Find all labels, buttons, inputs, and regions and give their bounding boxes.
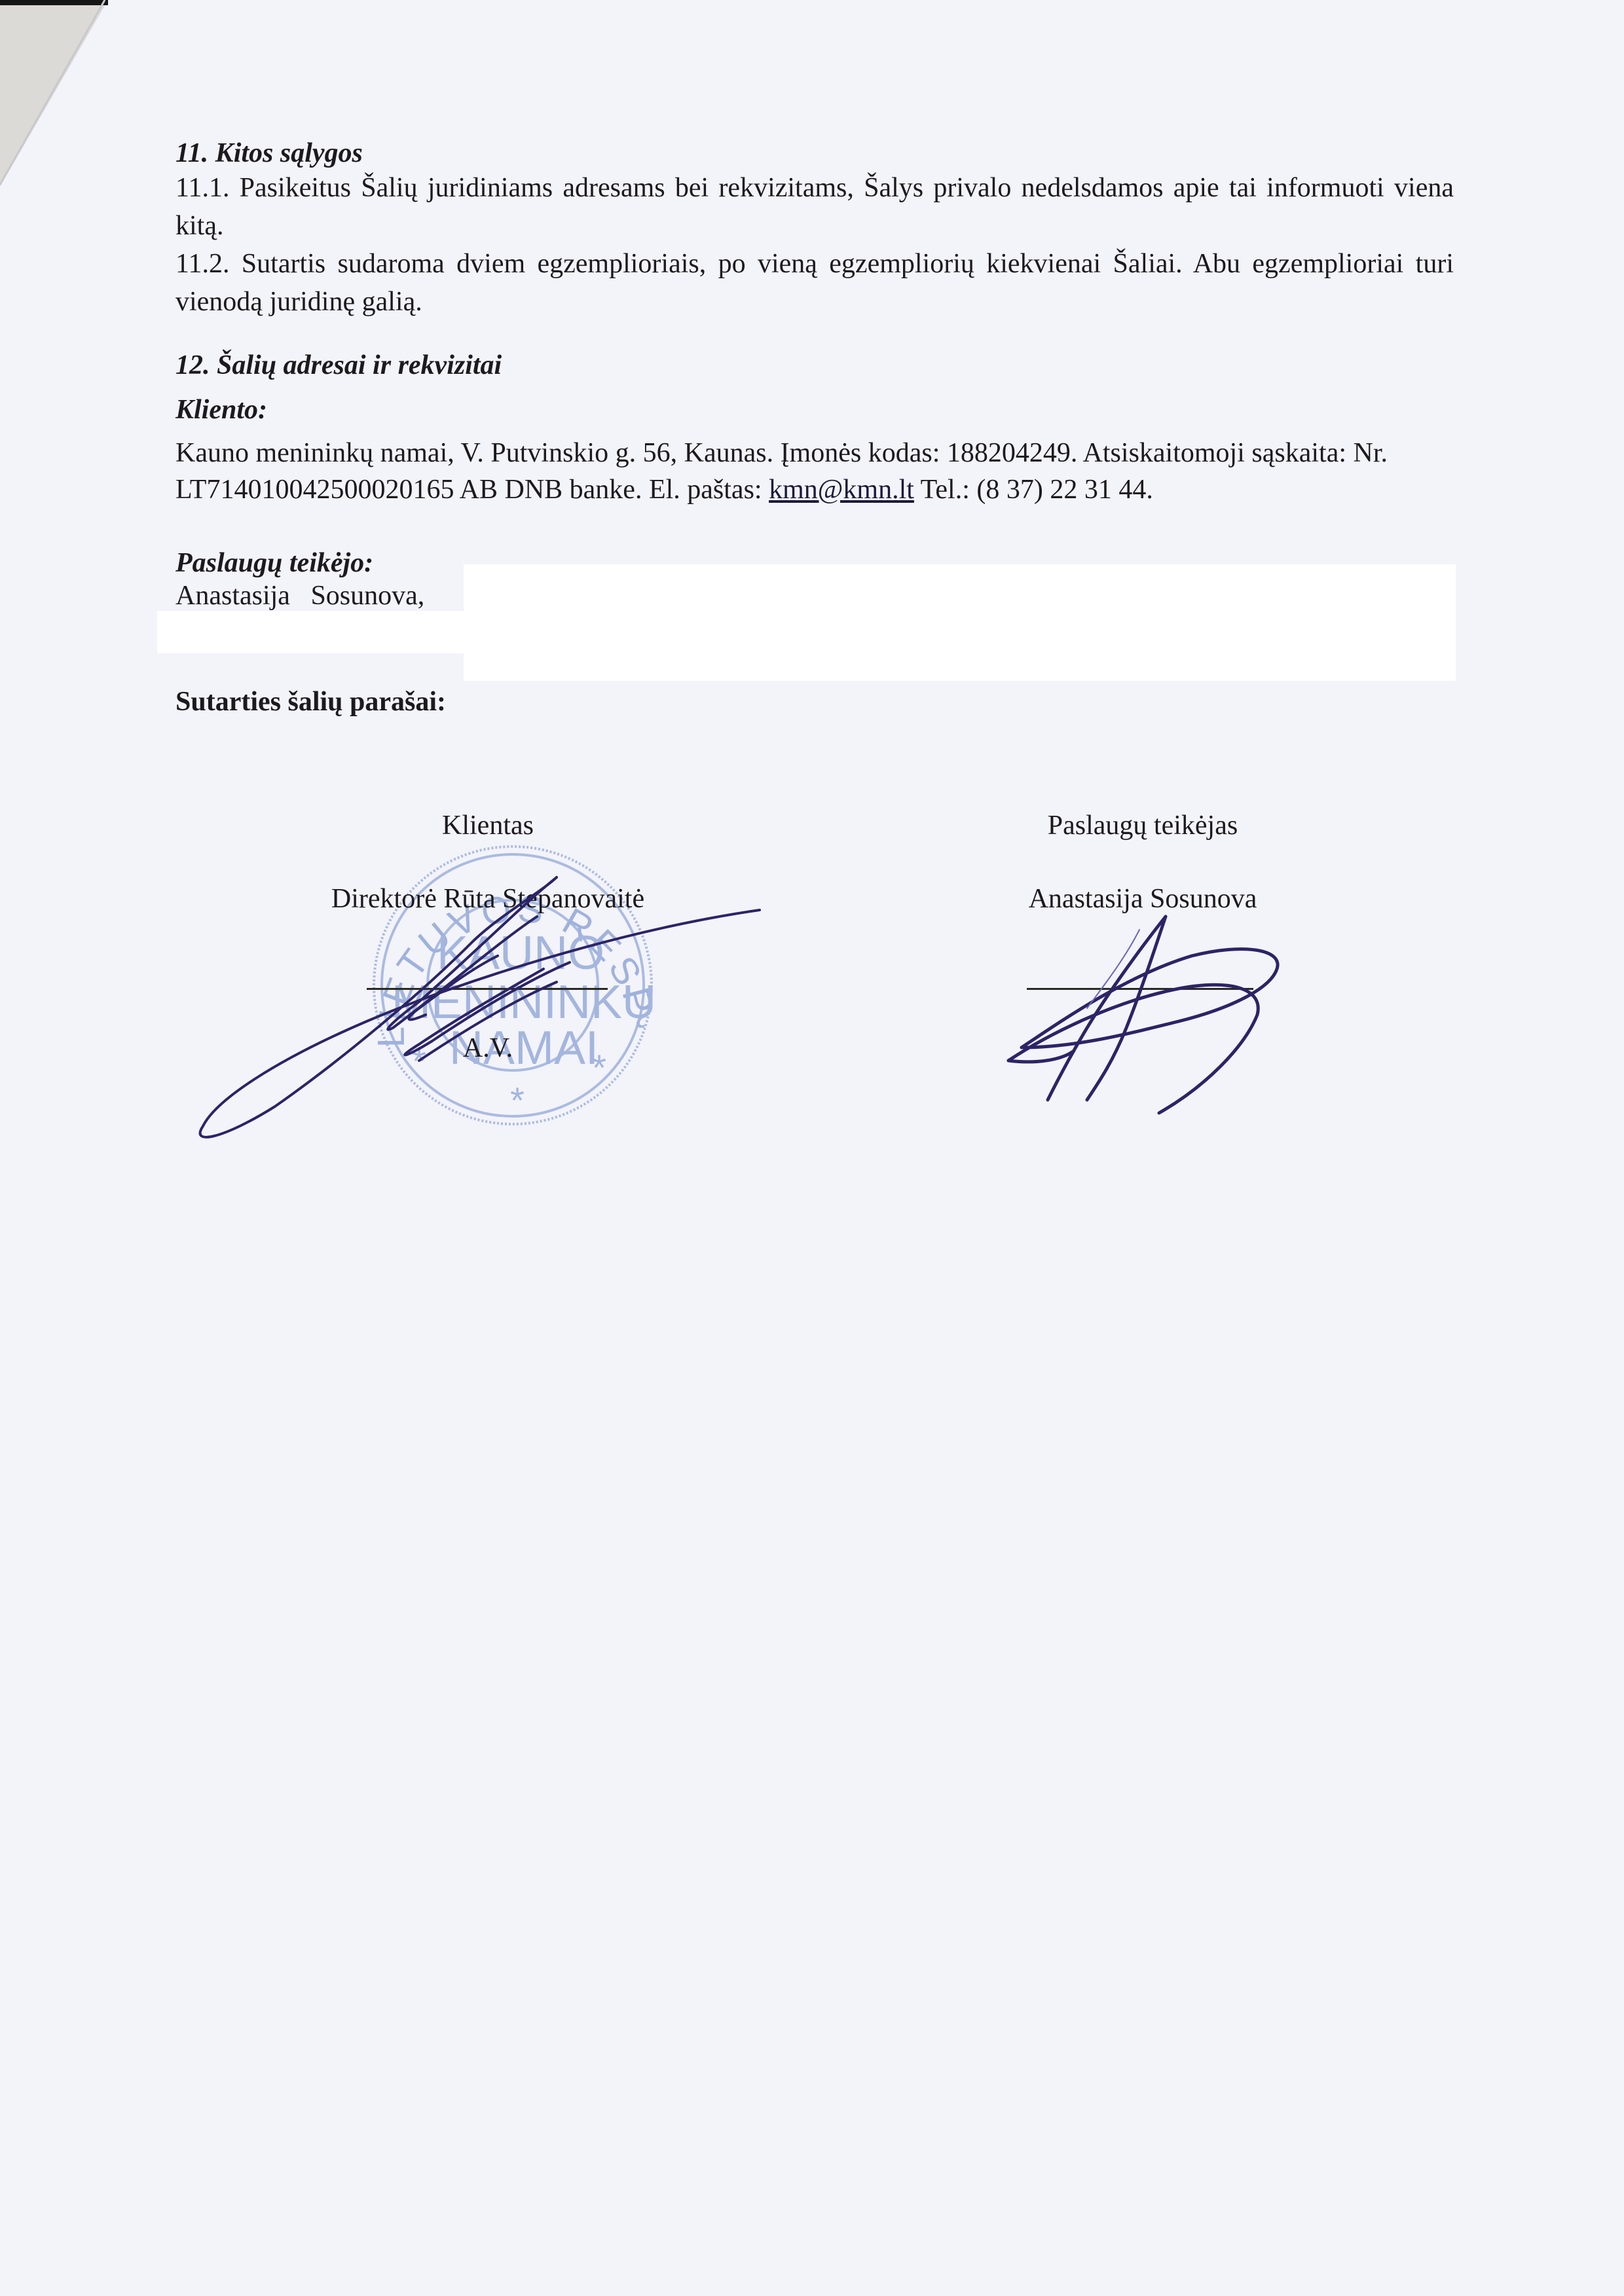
redaction-box [157,611,465,653]
folded-corner [0,0,111,196]
client-email-link[interactable]: kmn@kmn.lt [769,475,914,505]
signatures-heading: Sutarties šalių parašai: [175,683,1454,720]
stamp-asterisk: * [592,1047,606,1088]
signatures-overlay [0,0,1624,2296]
client-handwritten-signature [200,877,760,1137]
stamp-seal: LIETUVOS RESPUBLIKA KAUNO MENININKŲ NAMA… [0,0,1624,2296]
section-11-heading: 11. Kitos sąlygos [175,135,1454,172]
stamp-center-line-2: MENININKŲ [392,976,656,1029]
stamp-asterisk: * [510,1080,525,1121]
redaction-box [464,564,1456,681]
client-phone-text: Tel.: (8 37) 22 31 44. [914,475,1153,505]
client-role: Klientas [357,809,619,842]
client-signatory-name: Direktorė Rūta Stepanovaitė [291,883,684,915]
client-details: Kauno menininkų namai, V. Putvinskio g. … [175,435,1420,508]
clause-11-1: 11.1. Pasikeitus Šalių juridiniams adres… [175,169,1454,245]
client-label: Kliento: [175,392,1454,428]
clause-11-2: 11.2. Sutartis sudaroma dviem egzemplior… [175,245,1454,321]
provider-handwritten-signature [1008,917,1278,1113]
provider-signatory-name: Anastasija Sosunova [979,883,1306,915]
provider-role: Paslaugų teikėjas [979,809,1306,842]
client-signature-line [367,988,608,990]
seal-placeholder-label: A.V. [422,1032,553,1065]
provider-signature-line [1027,988,1253,990]
stamp-center-line-1: KAUNO [437,927,604,979]
section-12-heading: 12. Šalių adresai ir rekvizitai [175,347,1454,384]
